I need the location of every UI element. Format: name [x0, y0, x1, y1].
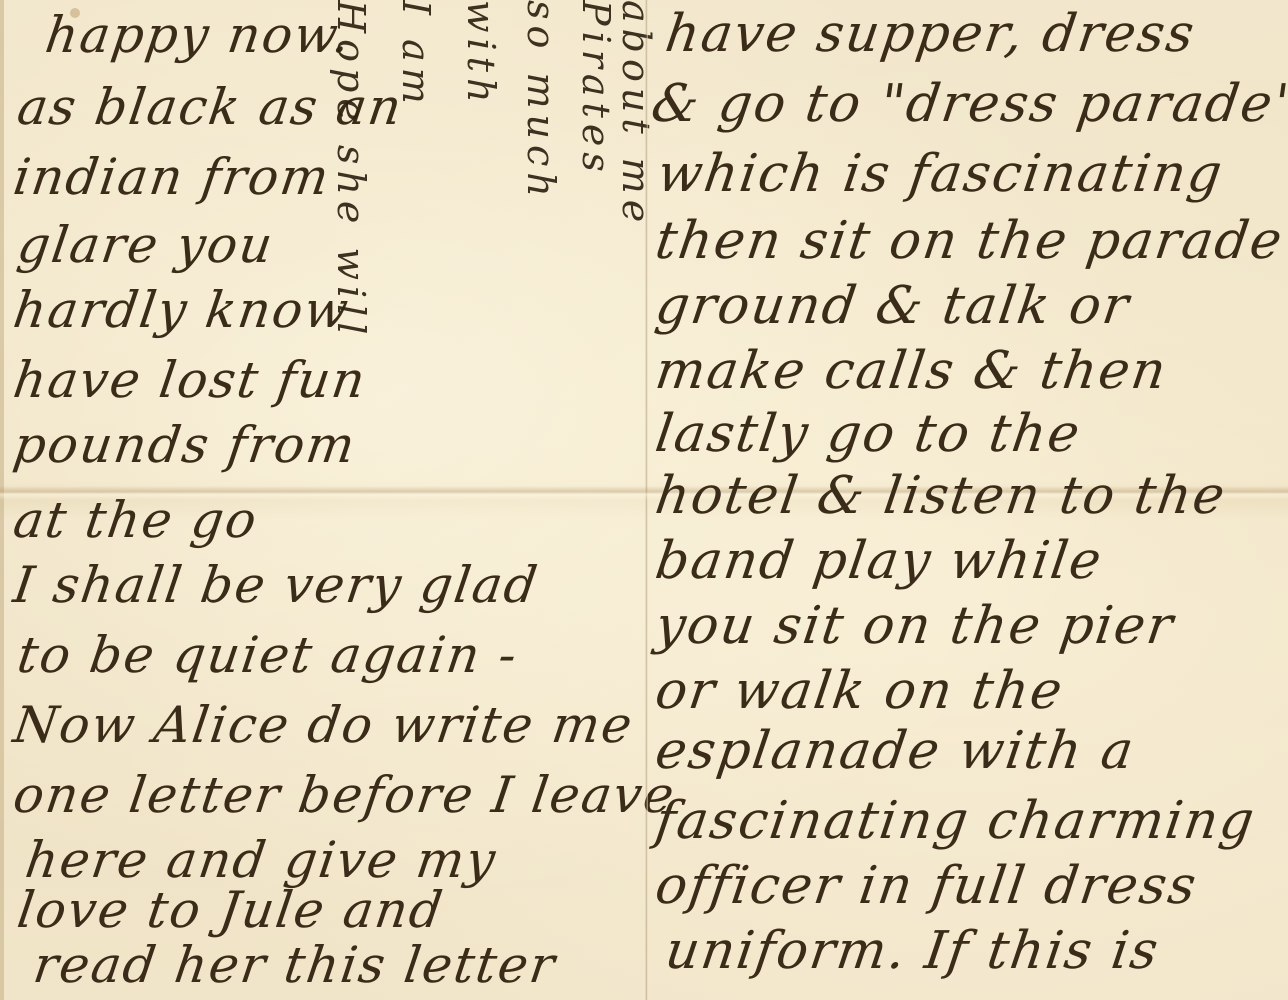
letter-sheet: happy now. as black as an indian from gl… [0, 0, 1288, 1000]
cross-written-column: I am [395, 0, 435, 1000]
handwritten-line: officer in full dress [652, 860, 1200, 912]
left-page: happy now. as black as an indian from gl… [0, 0, 645, 1000]
ink-stain [70, 8, 80, 18]
handwritten-line: or walk on the [652, 665, 1067, 717]
cross-written-column: so much [520, 0, 560, 1000]
handwritten-line: fascinating charming [652, 795, 1259, 847]
handwritten-line: indian from [10, 152, 333, 202]
handwritten-line: ground & talk or [652, 280, 1133, 332]
handwritten-line: have supper, dress [662, 8, 1198, 60]
handwritten-line: love to Jule and [14, 885, 447, 935]
handwritten-line: at the go [10, 495, 261, 545]
handwritten-line: hotel & listen to the [652, 470, 1229, 522]
cross-written-column: Hope she will [330, 0, 370, 1000]
handwritten-line: have lost fun [10, 355, 369, 405]
handwritten-line: uniform. If this is [662, 925, 1163, 977]
handwritten-line: & go to "dress parade" [648, 78, 1288, 130]
handwritten-line: you sit on the pier [652, 600, 1177, 652]
handwritten-line: happy now. [42, 10, 354, 60]
right-page: have supper, dress & go to "dress parade… [648, 0, 1288, 1000]
handwritten-line: lastly go to the [652, 408, 1084, 460]
handwritten-line: then sit on the parade [652, 215, 1286, 267]
handwritten-line: to be quiet again - [14, 630, 521, 680]
cross-written-column: Pirates [575, 0, 615, 1000]
handwritten-line: pounds from [10, 420, 359, 470]
handwritten-line: make calls & then [652, 345, 1171, 397]
handwritten-line: band play while [652, 535, 1106, 587]
handwritten-line: esplanade with a [652, 725, 1138, 777]
handwritten-line: which is fascinating [654, 148, 1226, 200]
cross-written-column: with [460, 0, 500, 1000]
handwritten-line: glare you [14, 220, 277, 270]
handwritten-line: hardly know [10, 285, 352, 335]
